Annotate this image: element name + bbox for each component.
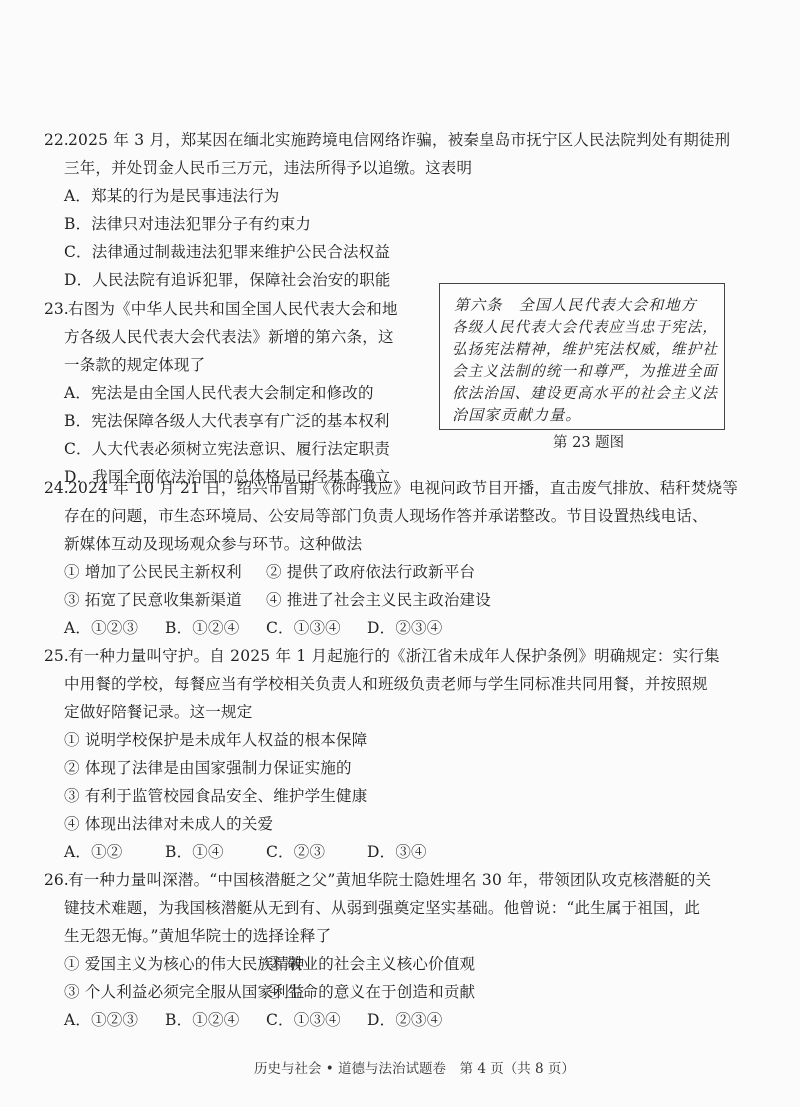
statement-4: ④ 推进了社会主义民主政治建设 [266, 590, 491, 610]
question-stem-line: 方各级人民代表大会代表法》新增的第六条，这 [64, 327, 394, 347]
question-stem-line: 右图为《中华人民共和国全国人民代表大会和地 [68, 299, 398, 319]
figure-line: 第六条 全国人民代表大会和地方 [454, 295, 697, 315]
question-stem-line: 中用餐的学校，每餐应当有学校相关负责人和班级负责老师与学生同标准共同用餐，并按照… [64, 674, 708, 694]
option-a: A．①②③ [64, 1010, 138, 1030]
statement-2: ② 提供了政府依法行政新平台 [266, 562, 475, 582]
figure-line: 会主义法制的统一和尊严，为推进全面 [452, 361, 718, 381]
option-c: C．法律通过制裁违法犯罪来维护公民合法权益 [64, 242, 390, 262]
exam-page: 22. 2025 年 3 月，郑某因在缅北实施跨境电信网络诈骗，被秦皇岛市抚宁区… [0, 0, 800, 1107]
statement-3: ③ 拓宽了民意收集新渠道 [64, 590, 242, 610]
option-c: C．①③④ [266, 618, 341, 638]
statement-4: ④ 体现出法律对未成人的关爱 [64, 814, 273, 834]
option-b: B．宪法保障各级人大代表享有广泛的基本权利 [64, 411, 390, 431]
question-number: 26. [44, 870, 69, 890]
option-d: D．人民法院有追诉犯罪，保障社会治安的职能 [64, 270, 391, 290]
option-c: C．人大代表必须树立宪法意识、履行法定职责 [64, 439, 390, 459]
question-number: 24. [44, 478, 69, 498]
question-stem-line: 2025 年 3 月，郑某因在缅北实施跨境电信网络诈骗，被秦皇岛市抚宁区人民法院… [68, 130, 730, 150]
statement-4: ④ 生命的意义在于创造和贡献 [266, 982, 475, 1002]
question-number: 23. [44, 299, 69, 319]
page-footer: 历史与社会 • 道德与法治试题卷 第 4 页（共 8 页） [254, 1060, 575, 1078]
figure-caption: 第 23 题图 [553, 433, 624, 453]
question-stem-line: 定做好陪餐记录。这一规定 [64, 702, 252, 722]
figure-line: 依法治国、建设更高水平的社会主义法 [452, 383, 718, 403]
option-d: D．②③④ [367, 618, 442, 638]
question-stem-line: 三年，并处罚金人民币三万元，违法所得予以追缴。这表明 [64, 158, 472, 178]
statement-1: ① 增加了公民民主新权利 [64, 562, 242, 582]
option-a: A．①② [64, 842, 123, 862]
question-stem-line: 有一种力量叫深潜。“中国核潜艇之父”黄旭华院士隐姓埋名 30 年，带领团队攻克核… [68, 870, 711, 890]
option-c: C．②③ [266, 842, 325, 862]
question-stem-line: 2024 年 10 月 21 日，绍兴市首期《你呼我应》电视问政节目开播，直击废… [68, 478, 738, 498]
question-stem-line: 生无怨无悔。”黄旭华院士的选择诠释了 [64, 926, 331, 946]
question-stem-line: 有一种力量叫守护。自 2025 年 1 月起施行的《浙江省未成年人保护条例》明确… [68, 646, 720, 666]
question-stem-line: 存在的问题，市生态环境局、公安局等部门负责人现场作答并承诺整改。节目设置热线电话… [64, 506, 708, 526]
question-stem-line: 键技术难题，为我国核潜艇从无到有、从弱到强奠定坚实基础。他曾说：“此生属于祖国，… [64, 898, 700, 918]
option-d: D．②③④ [367, 1010, 442, 1030]
statement-2: ② 敬业的社会主义核心价值观 [266, 954, 475, 974]
option-a: A．郑某的行为是民事违法行为 [64, 186, 280, 206]
statement-3: ③ 有利于监管校园食品安全、维护学生健康 [64, 786, 367, 806]
option-a: A．宪法是由全国人民代表大会制定和修改的 [64, 383, 374, 403]
figure-line: 弘扬宪法精神，维护宪法权威，维护社 [452, 339, 718, 359]
option-d: D．③④ [367, 842, 427, 862]
option-b: B．①②④ [165, 618, 239, 638]
option-b: B．①②④ [165, 1010, 239, 1030]
option-a: A．①②③ [64, 618, 138, 638]
question-stem-line: 一条款的规定体现了 [64, 355, 205, 375]
figure-line: 各级人民代表大会代表应当忠于宪法， [452, 317, 718, 337]
question-stem-line: 新媒体互动及现场观众参与环节。这种做法 [64, 534, 362, 554]
statement-1: ① 说明学校保护是未成年人权益的根本保障 [64, 730, 367, 750]
article-six-figure: 第六条 全国人民代表大会和地方 各级人民代表大会代表应当忠于宪法， 弘扬宪法精神… [439, 283, 725, 430]
question-number: 22. [44, 130, 69, 150]
option-b: B．法律只对违法犯罪分子有约束力 [64, 214, 311, 234]
question-number: 25. [44, 646, 69, 666]
statement-2: ② 体现了法律是由国家强制力保证实施的 [64, 758, 352, 778]
option-b: B．①④ [165, 842, 224, 862]
option-c: C．①③④ [266, 1010, 341, 1030]
figure-line: 治国家贡献力量。 [452, 405, 582, 425]
